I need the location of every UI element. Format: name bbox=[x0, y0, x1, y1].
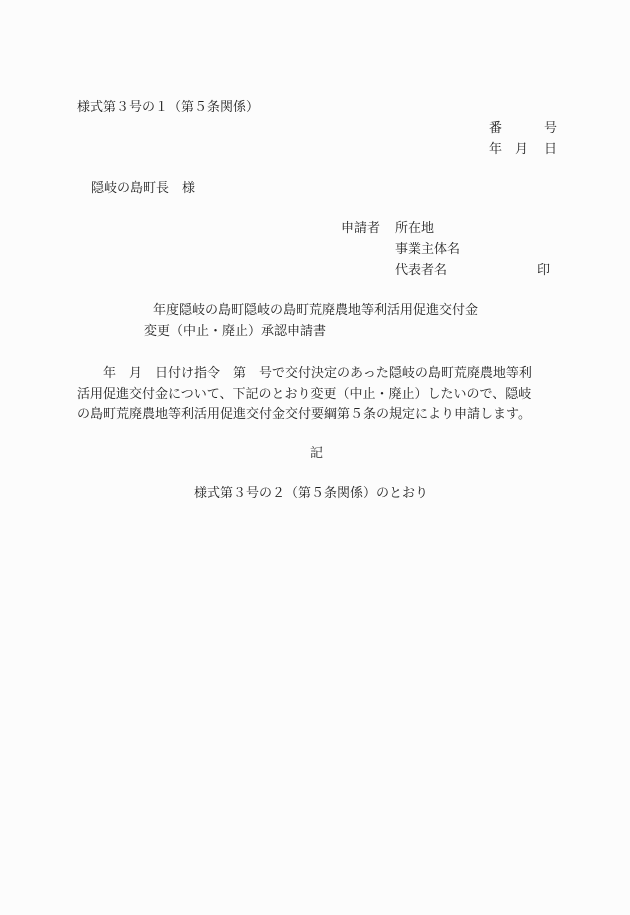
form-number: 様式第３号の１（第５条関係） bbox=[77, 100, 259, 116]
reference-note: 様式第３号の２（第５条関係）のとおり bbox=[194, 486, 428, 502]
addressee: 隠岐の島町長 様 bbox=[91, 181, 195, 197]
ki-heading: 記 bbox=[310, 446, 323, 462]
document-title-line1: 年度隠岐の島町隠岐の島町荒廃農地等利活用促進交付金 bbox=[153, 303, 478, 319]
entity-name-label: 事業主体名 bbox=[395, 242, 460, 258]
body-line: 年 月 日付け指令 第 号で交付決定のあった隠岐の島町荒廃農地等利 bbox=[77, 364, 562, 385]
body-paragraph: 年 月 日付け指令 第 号で交付決定のあった隠岐の島町荒廃農地等利 活用促進交付… bbox=[77, 364, 562, 426]
number-ban-label: 番 bbox=[489, 121, 502, 137]
date-year-label: 年 bbox=[489, 142, 502, 158]
seal-mark: 印 bbox=[537, 263, 550, 279]
body-line: 活用促進交付金について、下記のとおり変更（中止・廃止）したいので、隠岐 bbox=[77, 385, 562, 406]
number-go-label: 号 bbox=[544, 121, 557, 137]
address-label: 所在地 bbox=[395, 221, 434, 237]
applicant-label: 申請者 bbox=[341, 221, 380, 237]
body-line: の島町荒廃農地等利活用促進交付金交付要綱第５条の規定により申請します。 bbox=[77, 405, 562, 426]
date-month-label: 月 bbox=[515, 142, 528, 158]
document-title-line2: 変更（中止・廃止）承認申請書 bbox=[144, 324, 326, 340]
date-day-label: 日 bbox=[544, 142, 557, 158]
representative-label: 代表者名 bbox=[395, 263, 447, 279]
